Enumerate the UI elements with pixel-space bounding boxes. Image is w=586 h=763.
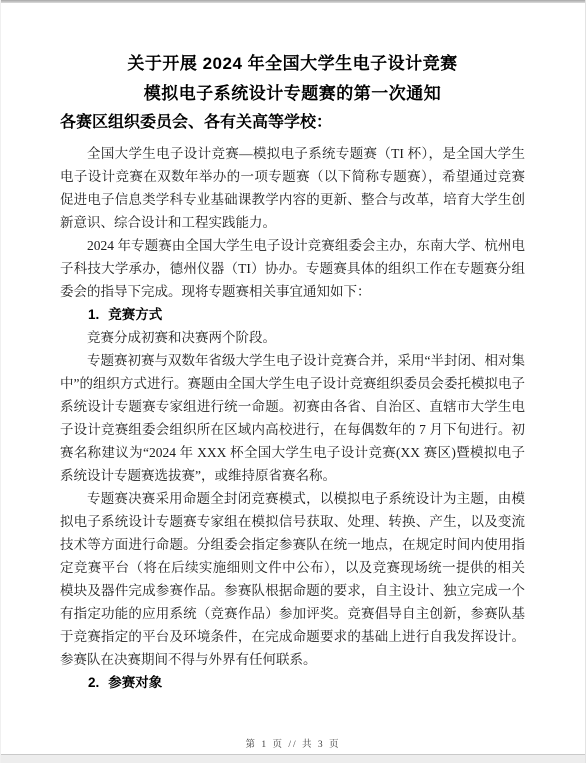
page-number-indicator: 第 1 页 // 共 3 页 xyxy=(1,736,585,750)
document-content: 关于开展 2024 年全国大学生电子设计竞赛 模拟电子系统设计专题赛的第一次通知… xyxy=(60,49,525,694)
document-page: 关于开展 2024 年全国大学生电子设计竞赛 模拟电子系统设计专题赛的第一次通知… xyxy=(0,0,586,763)
paragraph: 专题赛初赛与双数年省级大学生电子设计竞赛合并，采用“半封闭、相对集中”的组织方式… xyxy=(60,349,525,487)
section-heading: 2.参赛对象 xyxy=(60,671,525,694)
paragraph: 全国大学生电子设计竞赛—模拟电子系统专题赛（TI 杯），是全国大学生电子设计竞赛… xyxy=(60,142,525,234)
section-number: 2. xyxy=(88,671,99,694)
document-salutation: 各赛区组织委员会、各有关高等学校： xyxy=(60,111,525,135)
paragraph: 专题赛决赛采用命题全封闭竞赛模式，以模拟电子系统设计为主题，由模拟电子系统设计专… xyxy=(60,487,525,671)
document-title-line-2: 模拟电子系统设计专题赛的第一次通知 xyxy=(60,79,525,109)
page-bottom-edge xyxy=(1,754,585,763)
section-title: 竞赛方式 xyxy=(108,307,162,322)
paragraph: 2024 年专题赛由全国大学生电子设计竞赛组委会主办，东南大学、杭州电子科技大学… xyxy=(60,234,525,303)
section-heading: 1.竞赛方式 xyxy=(60,303,525,326)
document-body: 全国大学生电子设计竞赛—模拟电子系统专题赛（TI 杯），是全国大学生电子设计竞赛… xyxy=(60,142,525,694)
paragraph: 竞赛分成初赛和决赛两个阶段。 xyxy=(60,326,525,349)
section-title: 参赛对象 xyxy=(108,675,162,690)
document-title-line-1: 关于开展 2024 年全国大学生电子设计竞赛 xyxy=(60,49,525,79)
page-top-edge xyxy=(1,0,585,3)
section-number: 1. xyxy=(88,303,99,326)
